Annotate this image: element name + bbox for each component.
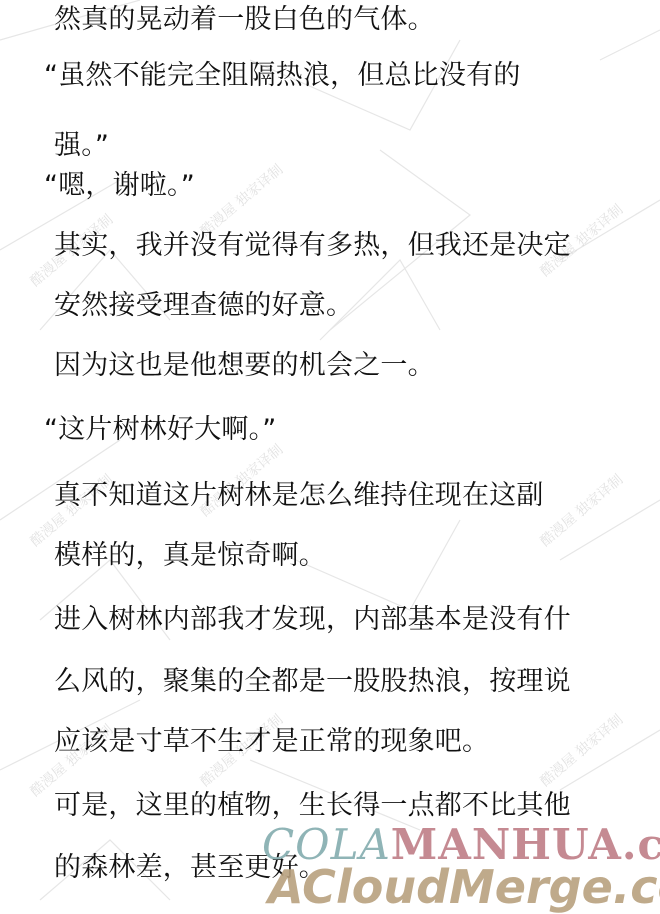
text-line: 然真的晃动着一股白色的气体。 <box>54 3 435 37</box>
text-line: 应该是寸草不生才是正常的现象吧。 <box>54 725 489 759</box>
text-line: 进入树林内部我才发现，内部基本是没有什 <box>54 603 571 637</box>
text-line: “虽然不能完全阻隔热浪，但总比没有的 <box>44 59 521 93</box>
manga-text-page: 酷漫屋 独家译制 酷漫屋 独家译制 酷漫屋 独家译制 酷漫屋 独家译制 酷漫屋 … <box>0 0 660 914</box>
text-line: “这片树林好大啊。” <box>44 413 276 447</box>
text-line: 模样的，真是惊奇啊。 <box>54 539 326 573</box>
text-line: 因为这也是他想要的机会之一。 <box>54 349 435 383</box>
text-line: 安然接受理查德的好意。 <box>54 289 353 323</box>
text-line: 强。” <box>54 129 109 163</box>
text-line: 可是，这里的植物，生长得一点都不比其他 <box>54 789 571 823</box>
acloudmerge-watermark: ACloudMerge.com <box>268 860 660 914</box>
text-line: 其实，我并没有觉得有多热，但我还是决定 <box>54 229 571 263</box>
text-line: 真不知道这片树林是怎么维持住现在这副 <box>54 479 544 513</box>
faint-watermark: 酷漫屋 独家译制 <box>536 469 627 550</box>
faint-watermark: 酷漫屋 独家译制 <box>536 709 627 790</box>
text-line: “嗯，谢啦。” <box>44 169 195 203</box>
text-line: 么风的，聚集的全都是一股股热浪，按理说 <box>54 665 571 699</box>
